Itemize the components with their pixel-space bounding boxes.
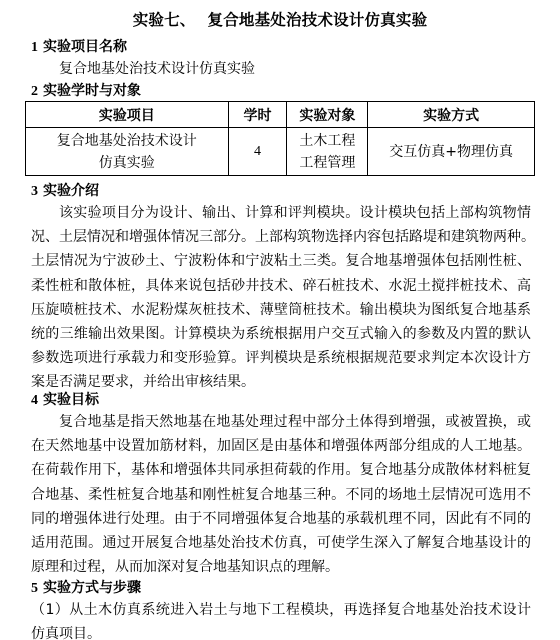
- paragraph-line: 压旋喷桩技术、水泥粉煤灰桩技术、薄壁筒桩技术。输出模块为图纸复合地基系: [31, 298, 531, 322]
- cell-project: 复合地基处治技术设计 仿真实验: [26, 128, 229, 176]
- paragraph-line: 适用范围。通过开展复合地基处治技术仿真，可使学生深入了解复合地基设计的: [31, 531, 531, 555]
- section-3-body: 该实验项目分为设计、输出、计算和评判模块。设计模块包括上部构筑物情 况、土层情况…: [31, 201, 531, 395]
- table-header-row: 实验项目 学时 实验对象 实验方式: [26, 102, 535, 128]
- title-text: 复合地基处治技术设计仿真实验: [208, 11, 428, 29]
- title-chapter: 实验七、: [133, 11, 196, 29]
- paragraph-line: 统的三维输出效果图。计算模块为系统根据用户交互式输入的参数及内置的默认: [31, 322, 531, 346]
- table-row: 复合地基处治技术设计 仿真实验 4 土木工程 工程管理 交互仿真+物理仿真: [26, 128, 535, 176]
- step-line: 仿真项目。: [31, 622, 531, 640]
- paragraph-line: 该实验项目分为设计、输出、计算和评判模块。设计模块包括上部构筑物情: [31, 201, 531, 225]
- section-1-content: 复合地基处治技术设计仿真实验: [59, 57, 559, 81]
- document-page: 实验七、复合地基处治技术设计仿真实验 1实验项目名称 复合地基处治技术设计仿真实…: [0, 0, 560, 640]
- section-4-body: 复合地基是指天然地基在地基处理过程中部分土体得到增强，或被置换，或 在天然地基中…: [31, 410, 531, 579]
- experiment-table: 实验项目 学时 实验对象 实验方式 复合地基处治技术设计 仿真实验 4 土木工程…: [25, 101, 535, 176]
- cell-method: 交互仿真+物理仿真: [368, 128, 535, 176]
- step-line: （1）从土木仿真系统进入岩土与地下工程模块，再选择复合地基处治技术设计: [31, 598, 531, 622]
- section-1-heading: 1实验项目名称: [31, 36, 127, 56]
- paragraph-line: 合地基、柔性桩复合地基和刚性桩复合地基三种。不同的场地土层情况可选用不: [31, 483, 531, 507]
- section-4-heading: 4实验目标: [31, 389, 99, 409]
- paragraph-line: 土层情况为宁波砂土、宁波粉体和宁波粘土三类。复合地基增强体包括刚性桩、: [31, 249, 531, 273]
- paragraph-line: 参数选项进行承载力和变形验算。评判模块是系统根据规范要求判定本次设计方: [31, 346, 531, 370]
- section-3-heading: 3实验介绍: [31, 180, 99, 200]
- cell-target: 土木工程 工程管理: [287, 128, 368, 176]
- paragraph-line: 柔性桩和散体桩，具体来说包括砂井技术、碎石桩技术、水泥土搅拌桩技术、高: [31, 274, 531, 298]
- section-5-body: （1）从土木仿真系统进入岩土与地下工程模块，再选择复合地基处治技术设计 仿真项目…: [31, 598, 531, 640]
- paragraph-line: 在荷载作用下，基体和增强体共同承担荷载的作用。复合地基分成散体材料桩复: [31, 458, 531, 482]
- header-target: 实验对象: [287, 102, 368, 128]
- header-method: 实验方式: [368, 102, 535, 128]
- section-2-heading: 2实验学时与对象: [31, 80, 141, 100]
- paragraph-line: 案是否满足要求，并给出审核结果。: [31, 370, 531, 394]
- cell-hours: 4: [228, 128, 287, 176]
- paragraph-line: 同的增强体进行处理。由于不同增强体复合地基的承载机理不同，因此有不同的: [31, 507, 531, 531]
- paragraph-line: 在天然地基中设置加筋材料，加固区是由基体和增强体两部分组成的人工地基。: [31, 434, 531, 458]
- paragraph-line: 况、土层情况和增强体情况三部分。上部构筑物选择内容包括路堤和建筑物两种。: [31, 225, 531, 249]
- paragraph-line: 复合地基是指天然地基在地基处理过程中部分土体得到增强，或被置换，或: [31, 410, 531, 434]
- paragraph-line: 原理和过程，从而加深对复合地基知识点的理解。: [31, 555, 531, 579]
- header-project: 实验项目: [26, 102, 229, 128]
- section-5-heading: 5实验方式与步骤: [31, 577, 141, 597]
- document-title: 实验七、复合地基处治技术设计仿真实验: [0, 8, 560, 30]
- header-hours: 学时: [228, 102, 287, 128]
